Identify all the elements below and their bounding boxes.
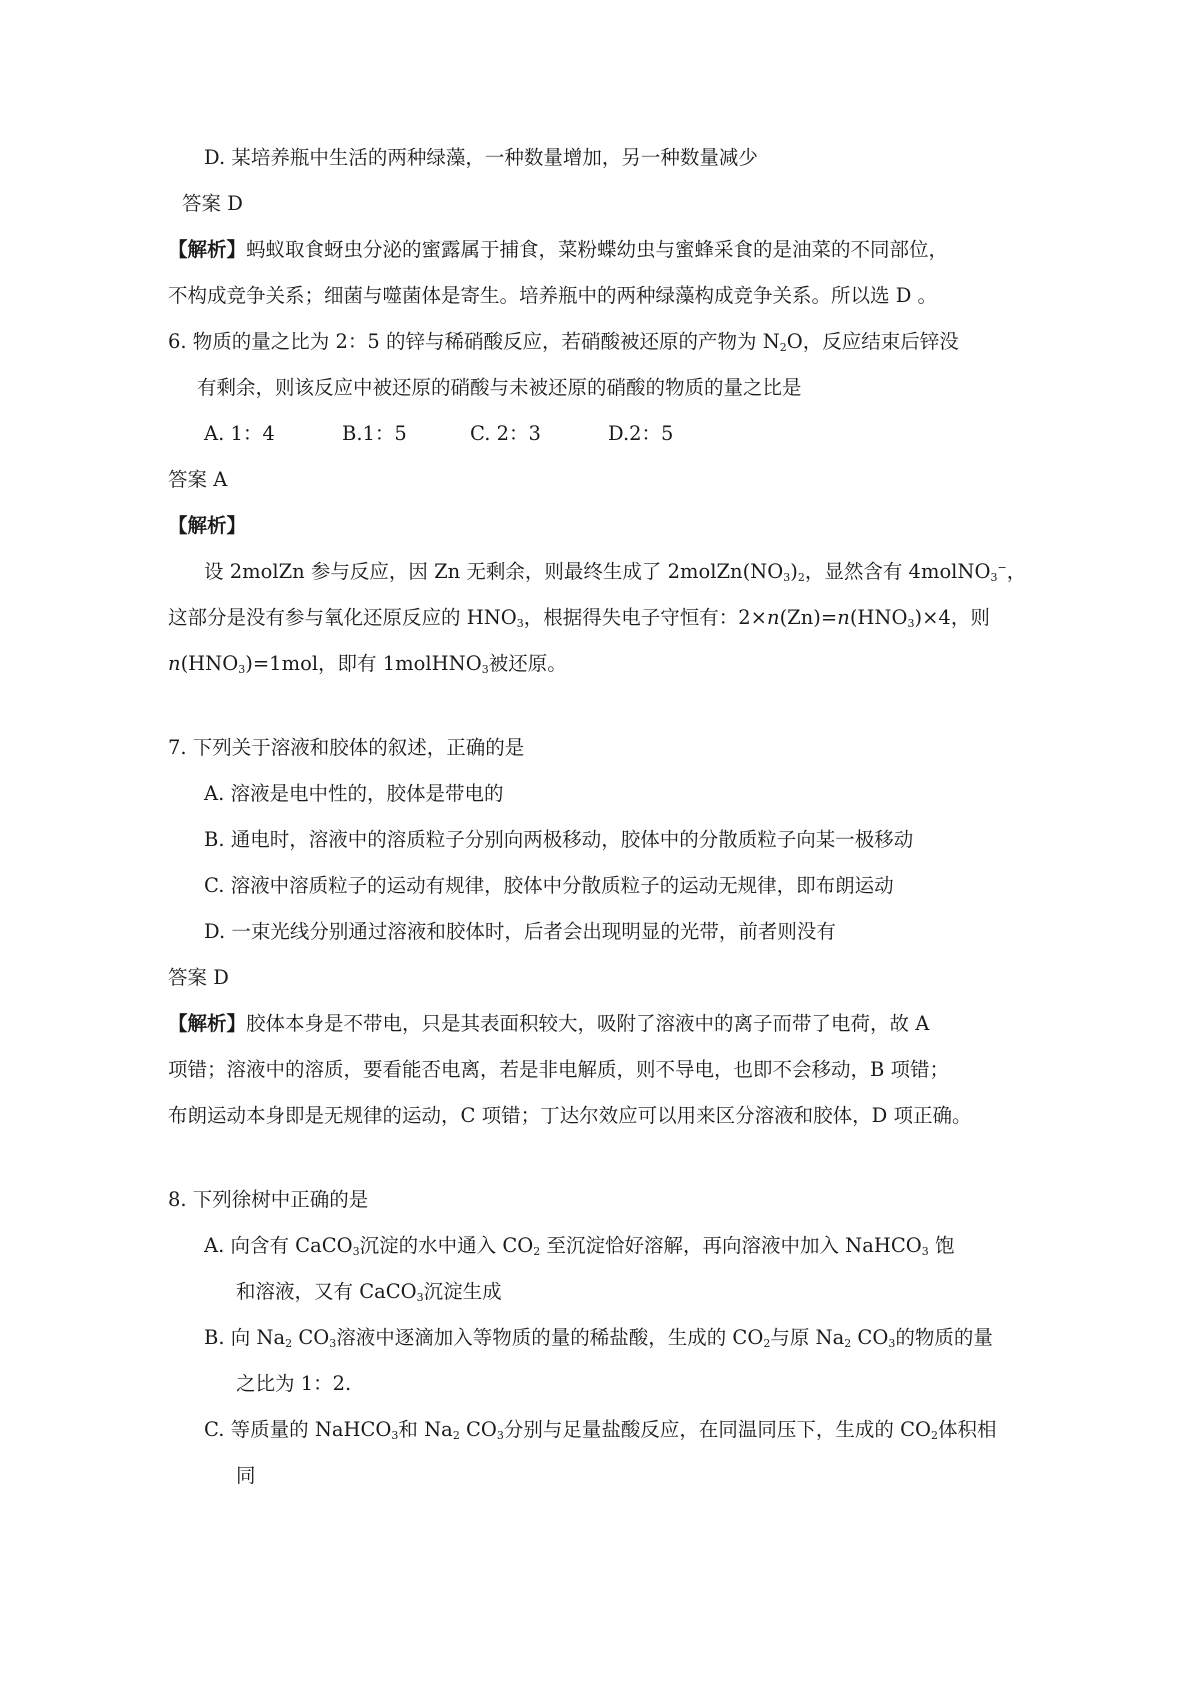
q7-analysis-line1: 【解析】胶体本身是不带电，只是其表面积较大，吸附了溶液中的离子而带了电荷，故 A [168, 1010, 929, 1038]
q8-option-c-line1: C. 等质量的 NaHCO3和 Na2 CO3分别与足量盐酸反应，在同温同压下，… [204, 1416, 997, 1444]
subscript: 2 [780, 341, 787, 354]
q8-option-c-line2: 同 [236, 1462, 256, 1490]
q6-explanation-line3: n(HNO3)=1mol，即有 1molHNO3被还原。 [168, 650, 567, 678]
q7-stem: 7. 下列关于溶液和胶体的叙述，正确的是 [168, 734, 524, 762]
q6-answer: 答案 A [168, 466, 227, 494]
q8-option-a-line2: 和溶液，又有 CaCO3沉淀生成 [236, 1278, 502, 1306]
q6-stem-line1: 6. 物质的量之比为 2：5 的锌与稀硝酸反应，若硝酸被还原的产物为 N2O，反… [168, 328, 959, 356]
stem-text: O，反应结束后锌没 [787, 330, 959, 353]
q8-option-a-line1: A. 向含有 CaCO3沉淀的水中通入 CO2 至沉淀恰好溶解，再向溶液中加入 … [204, 1232, 954, 1260]
q7-option-a: A. 溶液是电中性的，胶体是带电的 [204, 780, 503, 808]
q7-analysis-line2: 项错；溶液中的溶质，要看能否电离，若是非电解质，则不导电，也即不会移动，B 项错… [168, 1056, 949, 1084]
q5-option-d: D. 某培养瓶中生活的两种绿藻，一种数量增加，另一种数量减少 [204, 144, 758, 172]
q7-option-d: D. 一束光线分别通过溶液和胶体时，后者会出现明显的光带，前者则没有 [204, 918, 836, 946]
analysis-label: 【解析】 [168, 1012, 246, 1035]
q7-option-c: C. 溶液中溶质粒子的运动有规律，胶体中分散质粒子的运动无规律，即布朗运动 [204, 872, 894, 900]
analysis-label: 【解析】 [168, 238, 246, 261]
option-c: C. 2：3 [470, 420, 608, 448]
q7-answer: 答案 D [168, 964, 229, 992]
stem-text: 6. 物质的量之比为 2：5 的锌与稀硝酸反应，若硝酸被还原的产物为 N [168, 330, 780, 353]
q6-explanation-line1: 设 2molZn 参与反应，因 Zn 无剩余，则最终生成了 2molZn(NO3… [204, 558, 1026, 586]
q7-analysis-line3: 布朗运动本身即是无规律的运动，C 项错；丁达尔效应可以用来区分溶液和胶体，D 项… [168, 1102, 971, 1130]
option-b: B.1：5 [342, 420, 470, 448]
q6-options: A. 1：4B.1：5C. 2：3D.2：5 [204, 420, 673, 448]
q5-answer: 答案 D [182, 190, 243, 218]
q8-stem: 8. 下列徐树中正确的是 [168, 1186, 368, 1214]
analysis-label: 【解析】 [168, 514, 246, 537]
q6-analysis-label: 【解析】 [168, 512, 246, 540]
option-a: A. 1：4 [204, 420, 342, 448]
q6-stem-line2: 有剩余，则该反应中被还原的硝酸与未被还原的硝酸的物质的量之比是 [197, 374, 802, 402]
q6-explanation-line2: 这部分是没有参与氧化还原反应的 HNO3，根据得失电子守恒有：2×n(Zn)=n… [168, 604, 990, 632]
q5-analysis-line2: 不构成竞争关系；细菌与噬菌体是寄生。培养瓶中的两种绿藻构成竞争关系。所以选 D … [168, 282, 937, 310]
q8-option-b-line2: 之比为 1：2. [236, 1370, 351, 1398]
q5-analysis-line1: 【解析】蚂蚁取食蚜虫分泌的蜜露属于捕食，菜粉蝶幼虫与蜜蜂采食的是油菜的不同部位， [168, 236, 948, 264]
q7-option-b: B. 通电时，溶液中的溶质粒子分别向两极移动，胶体中的分散质粒子向某一极移动 [204, 826, 913, 854]
option-d: D.2：5 [608, 420, 673, 448]
q8-option-b-line1: B. 向 Na2 CO3溶液中逐滴加入等物质的量的稀盐酸，生成的 CO2与原 N… [204, 1324, 993, 1352]
analysis-text: 蚂蚁取食蚜虫分泌的蜜露属于捕食，菜粉蝶幼虫与蜜蜂采食的是油菜的不同部位， [246, 238, 948, 261]
